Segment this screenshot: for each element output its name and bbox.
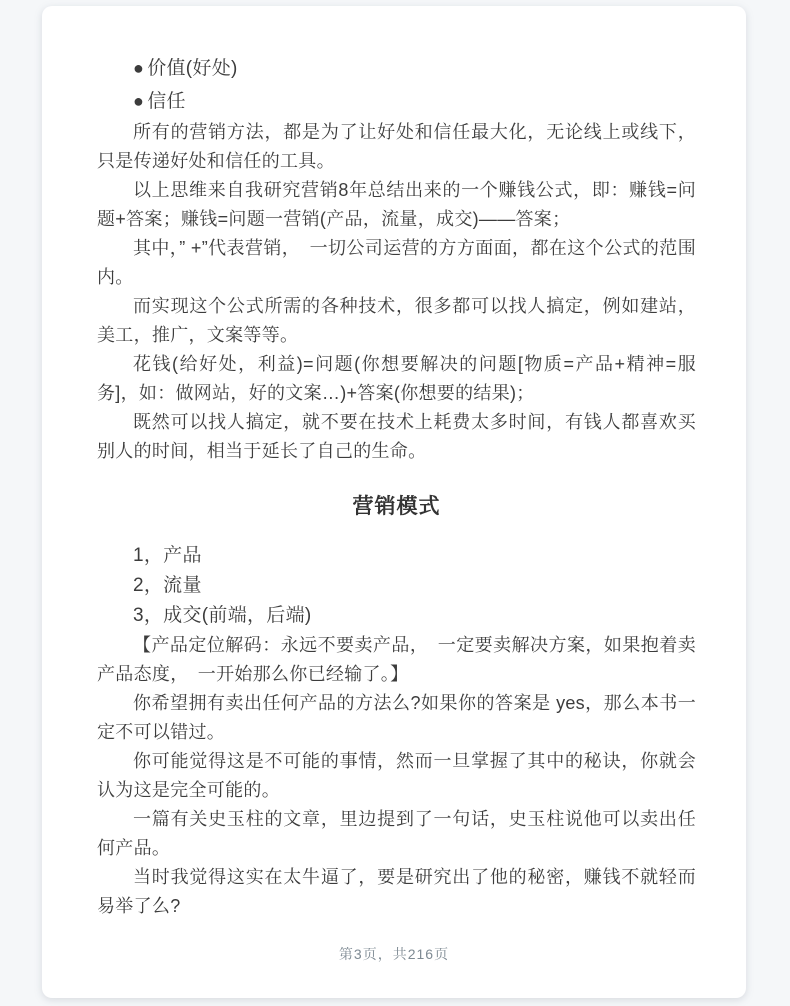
paragraph: 你希望拥有卖出任何产品的方法么?如果你的答案是 yes，那么本书一定不可以错过。	[97, 689, 696, 747]
paragraph: 所有的营销方法，都是为了让好处和信任最大化，无论线上或线下，只是传递好处和信任的…	[97, 118, 696, 176]
bullet-item: ●价值(好处)	[133, 52, 696, 85]
paragraph: 花钱(给好处，利益)=问题(你想要解决的问题[物质=产品+精神=服务]，如：做网…	[97, 350, 696, 408]
section-heading: 营销模式	[97, 492, 696, 521]
paragraph: 你可能觉得这是不可能的事情，然而一旦掌握了其中的秘诀，你就会认为这是完全可能的。	[97, 747, 696, 805]
paragraph: 既然可以找人搞定，就不要在技术上耗费太多时间，有钱人都喜欢买别人的时间，相当于延…	[97, 408, 696, 466]
paragraph: 【产品定位解码：永远不要卖产品， 一定要卖解决方案，如果抱着卖产品态度， 一开始…	[97, 631, 696, 689]
paragraph: 而实现这个公式所需的各种技术，很多都可以找人搞定，例如建站，美工，推广，文案等等…	[97, 292, 696, 350]
reader-background: ●价值(好处) ●信任 所有的营销方法，都是为了让好处和信任最大化，无论线上或线…	[0, 0, 790, 1006]
bullet-icon: ●	[133, 58, 144, 78]
bullet-item: ●信任	[133, 85, 696, 118]
list-item: 2，流量	[133, 571, 696, 601]
bullet-icon: ●	[133, 91, 144, 111]
document-page: ●价值(好处) ●信任 所有的营销方法，都是为了让好处和信任最大化，无论线上或线…	[42, 6, 746, 998]
paragraph: 当时我觉得这实在太牛逼了，要是研究出了他的秘密，赚钱不就轻而易举了么?	[97, 863, 696, 921]
page-content: ●价值(好处) ●信任 所有的营销方法，都是为了让好处和信任最大化，无论线上或线…	[97, 52, 696, 921]
paragraph: 其中，” +”代表营销， 一切公司运营的方方面面，都在这个公式的范围内。	[97, 234, 696, 292]
list-item: 3，成交(前端，后端)	[133, 601, 696, 631]
list-item: 1，产品	[133, 541, 696, 571]
page-indicator: 第3页，共216页	[42, 944, 746, 964]
paragraph: 一篇有关史玉柱的文章，里边提到了一句话，史玉柱说他可以卖出任何产品。	[97, 805, 696, 863]
bullet-item-text: 价值(好处)	[147, 58, 237, 79]
bullet-item-text: 信任	[147, 91, 186, 112]
paragraph: 以上思维来自我研究营销8年总结出来的一个赚钱公式，即：赚钱=问题+答案；赚钱=问…	[97, 176, 696, 234]
